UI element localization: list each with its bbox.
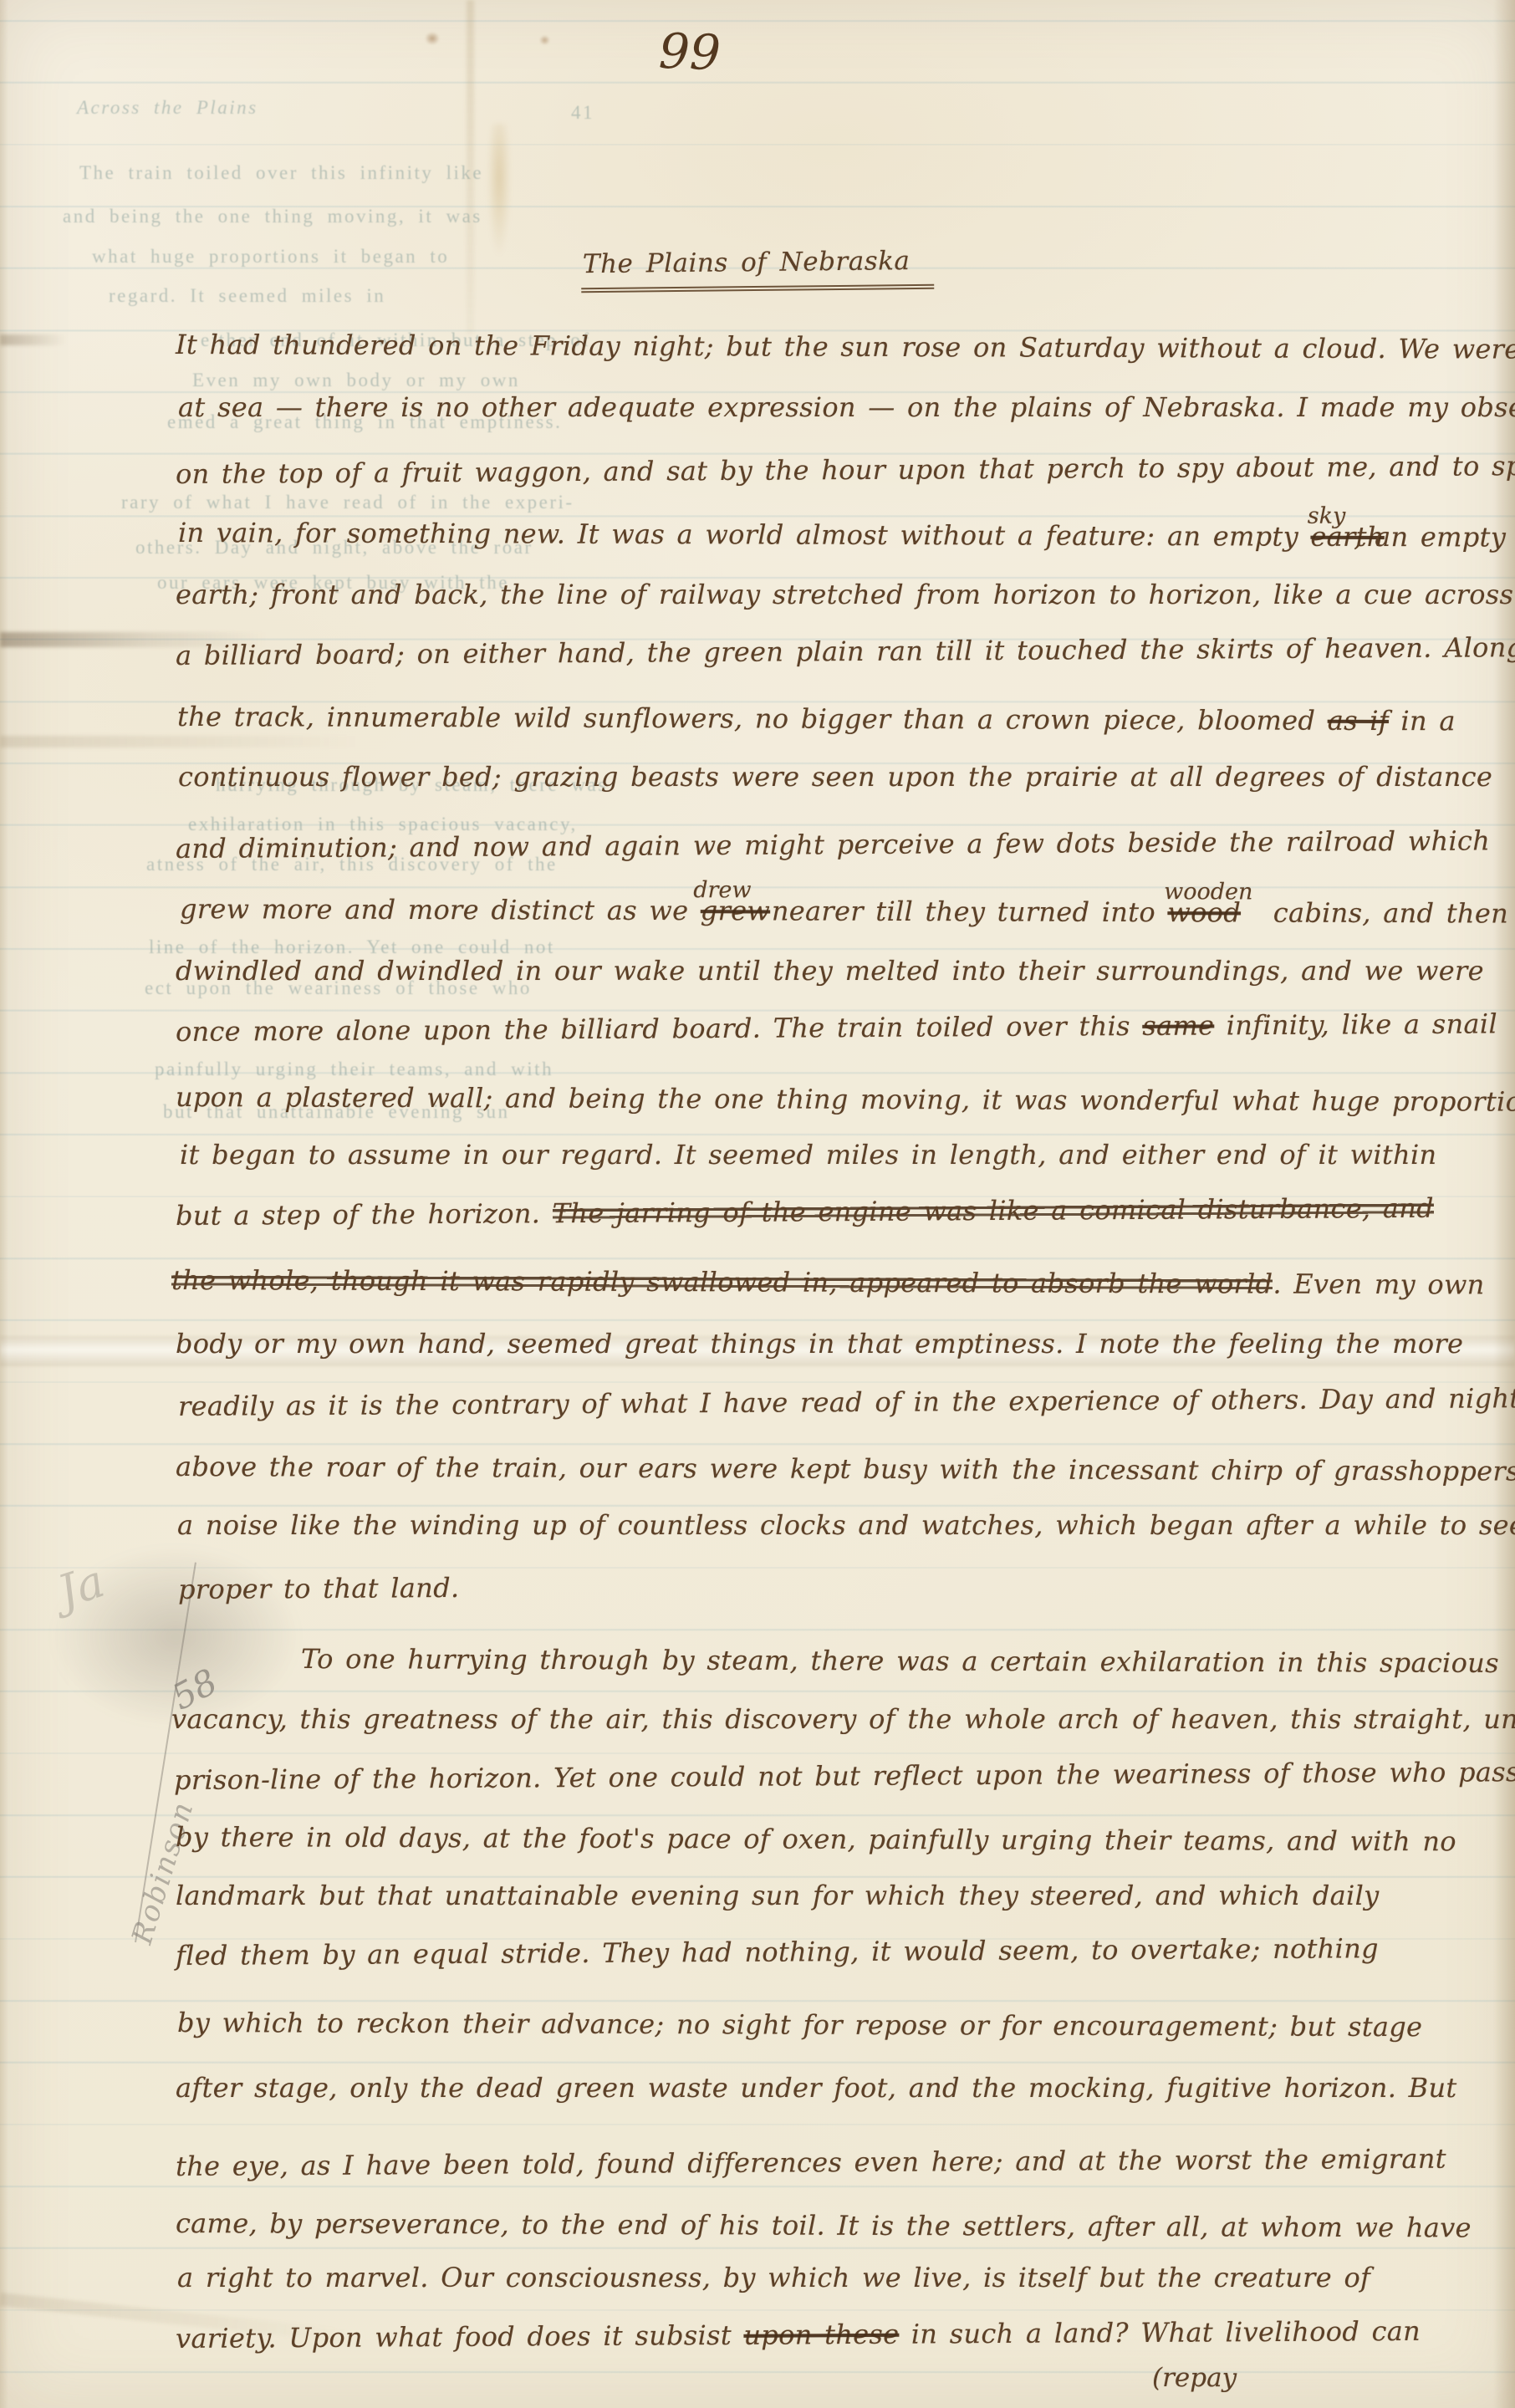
scribbled-out-text: The jarring of the engine was like a com…: [553, 1192, 1434, 1229]
manuscript-line: above the roar of the train, our ears we…: [176, 1451, 1515, 1487]
handwriting-layer: It had thundered on the Friday night; bu…: [0, 0, 1515, 2408]
manuscript-text: continuous flower bed; grazing beasts we…: [178, 761, 1492, 793]
manuscript-text: at sea — there is no other adequate expr…: [178, 391, 1515, 423]
manuscript-page: Across the Plains41The train toiled over…: [0, 0, 1515, 2408]
manuscript-text: , an empty: [1354, 521, 1506, 554]
manuscript-line: came, by perseverance, to the end of his…: [176, 2207, 1472, 2243]
manuscript-text: To one hurrying through by steam, there …: [301, 1643, 1499, 1679]
manuscript-text: in a: [1389, 705, 1456, 737]
manuscript-line: on the top of a fruit waggon, and sat by…: [176, 450, 1515, 490]
manuscript-line: readily as it is the contrary of what I …: [178, 1382, 1515, 1422]
manuscript-text: proper to that land.: [178, 1572, 460, 1605]
manuscript-text: grew more and more distinct as we: [180, 893, 701, 926]
manuscript-line: once more alone upon the billiard board.…: [176, 1008, 1497, 1048]
manuscript-line: the eye, as I have been told, found diff…: [176, 2143, 1446, 2182]
catchword: (repay: [1152, 2363, 1237, 2393]
manuscript-text: vacancy, this greatness of the air, this…: [171, 1703, 1515, 1735]
manuscript-line: the whole, though it was rapidly swallow…: [171, 1264, 1485, 1300]
manuscript-line: a noise like the winding up of countless…: [177, 1509, 1515, 1541]
struck-text: upon these: [743, 2319, 899, 2351]
manuscript-line: by there in old days, at the foot's pace…: [176, 1821, 1456, 1857]
manuscript-line: To one hurrying through by steam, there …: [301, 1643, 1499, 1679]
manuscript-text: . Even my own: [1273, 1268, 1484, 1301]
manuscript-text: landmark but that unattainable evening s…: [176, 1880, 1380, 1911]
manuscript-text: infinity, like a snail: [1214, 1008, 1497, 1041]
manuscript-text: and diminution; and now and again we mig…: [176, 824, 1490, 865]
manuscript-text: a billiard board; on either hand, the gr…: [176, 631, 1515, 671]
manuscript-text: above the roar of the train, our ears we…: [176, 1451, 1515, 1487]
manuscript-text: cabins, and then: [1261, 897, 1508, 930]
manuscript-text: upon a plastered wall; and being the one…: [176, 1081, 1515, 1118]
manuscript-text: on the top of a fruit waggon, and sat by…: [176, 450, 1515, 490]
manuscript-text: body or my own hand, seemed great things…: [176, 1328, 1463, 1360]
manuscript-text: but a step of the horizon.: [176, 1197, 553, 1232]
manuscript-text: by there in old days, at the foot's pace…: [176, 1821, 1456, 1857]
manuscript-text: readily as it is the contrary of what I …: [178, 1382, 1515, 1422]
inserted-word: drew: [693, 877, 751, 903]
manuscript-text: dwindled and dwindled in our wake until …: [176, 955, 1484, 987]
manuscript-text: by which to reckon their advance; no sig…: [177, 2007, 1422, 2043]
manuscript-text: a noise like the winding up of countless…: [177, 1509, 1515, 1541]
manuscript-line: grew more and more distinct as we grewdr…: [180, 893, 1508, 930]
manuscript-text: in vain, for something new. It was a wor…: [178, 517, 1311, 553]
manuscript-line: by which to reckon their advance; no sig…: [177, 2007, 1422, 2043]
manuscript-line: upon a plastered wall; and being the one…: [176, 1081, 1515, 1118]
manuscript-line: the track, innumerable wild sunflowers, …: [177, 701, 1456, 737]
manuscript-text: in such a land? What livelihood can: [899, 2315, 1421, 2350]
struck-text: as if: [1328, 705, 1389, 737]
manuscript-text: prison-line of the horizon. Yet one coul…: [174, 1756, 1515, 1796]
manuscript-text: a right to marvel. Our consciousness, by…: [177, 2262, 1370, 2293]
manuscript-line: and diminution; and now and again we mig…: [176, 824, 1490, 865]
manuscript-line: a right to marvel. Our consciousness, by…: [177, 2262, 1370, 2293]
manuscript-text: it began to assume in our regard. It see…: [180, 1139, 1436, 1171]
manuscript-line: earth; front and back, the line of railw…: [176, 579, 1513, 610]
manuscript-line: continuous flower bed; grazing beasts we…: [178, 761, 1492, 793]
manuscript-line: it began to assume in our regard. It see…: [180, 1139, 1436, 1171]
manuscript-line: dwindled and dwindled in our wake until …: [176, 955, 1484, 987]
manuscript-text: the eye, as I have been told, found diff…: [176, 2143, 1446, 2182]
manuscript-line: at sea — there is no other adequate expr…: [178, 391, 1515, 423]
manuscript-line: It had thundered on the Friday night; bu…: [176, 329, 1515, 365]
manuscript-line: variety. Upon what food does it subsist …: [176, 2315, 1421, 2354]
manuscript-line: landmark but that unattainable evening s…: [176, 1880, 1380, 1911]
manuscript-line: a billiard board; on either hand, the gr…: [176, 631, 1515, 671]
inserted-word: sky: [1308, 503, 1346, 529]
manuscript-text: fled them by an equal stride. They had n…: [176, 1932, 1379, 1972]
manuscript-line: proper to that land.: [178, 1572, 460, 1605]
manuscript-text: the track, innumerable wild sunflowers, …: [177, 701, 1328, 737]
manuscript-text: earth; front and back, the line of railw…: [176, 579, 1513, 610]
manuscript-line: vacancy, this greatness of the air, this…: [171, 1703, 1515, 1735]
manuscript-text: nearer till they turned into: [759, 895, 1167, 928]
manuscript-line: prison-line of the horizon. Yet one coul…: [174, 1756, 1515, 1796]
inserted-word: wooden: [1164, 879, 1252, 905]
manuscript-line: but a step of the horizon. The jarring o…: [176, 1192, 1434, 1232]
manuscript-text: It had thundered on the Friday night; bu…: [176, 329, 1515, 365]
manuscript-line: in vain, for something new. It was a wor…: [178, 517, 1506, 554]
scribbled-out-text: the whole, though it was rapidly swallow…: [171, 1264, 1273, 1300]
manuscript-line: fled them by an equal stride. They had n…: [176, 1932, 1379, 1972]
manuscript-text: variety. Upon what food does it subsist: [176, 2319, 744, 2354]
manuscript-line: after stage, only the dead green waste u…: [176, 2072, 1457, 2104]
struck-text: same: [1142, 1009, 1214, 1042]
manuscript-text: came, by perseverance, to the end of his…: [176, 2207, 1472, 2243]
manuscript-line: body or my own hand, seemed great things…: [176, 1328, 1463, 1360]
manuscript-text: after stage, only the dead green waste u…: [176, 2072, 1457, 2104]
manuscript-text: once more alone upon the billiard board.…: [176, 1010, 1143, 1048]
